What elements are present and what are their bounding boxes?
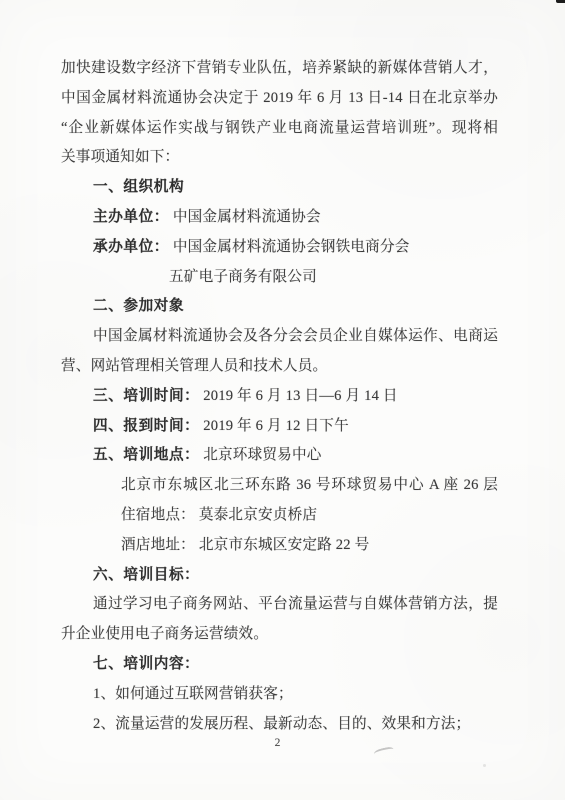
- line-text: 中国金属材料流通协会决定于 2019 年 6 月 13 日-14 日在北京举办: [61, 90, 498, 106]
- line-text: 关事项通知如下：: [61, 149, 179, 165]
- document-line: 中国金属材料流通协会及各分会会员企业自媒体运作、电商运: [61, 322, 498, 352]
- line-text: 北京环球贸易中心: [199, 447, 321, 463]
- line-label: 六、培训目标：: [93, 567, 199, 583]
- line-text: 1、如何通过互联网营销获客；: [93, 686, 293, 702]
- document-line: 2、流量运营的发展历程、最新动态、目的、效果和方法；: [61, 710, 498, 740]
- page-number: 2: [0, 737, 560, 749]
- document-content: 加快建设数字经济下营销专业队伍，培养紧缺的新媒体营销人才，中国金属材料流通协会决…: [61, 54, 498, 739]
- line-text: 2019 年 6 月 12 日下午: [199, 418, 349, 434]
- line-text: 2019 年 6 月 13 日—6 月 14 日: [199, 388, 397, 404]
- line-text: 营、网站管理相关管理人员和技术人员。: [61, 358, 327, 374]
- document-line: 五、培训地点： 北京环球贸易中心: [61, 441, 498, 471]
- line-text: 中国金属材料流通协会: [169, 209, 321, 225]
- document-line: 五矿电子商务有限公司: [61, 263, 498, 293]
- document-line: 主办单位： 中国金属材料流通协会: [61, 203, 498, 233]
- line-label: 一、组织机构: [93, 179, 184, 195]
- document-line: 一、组织机构: [61, 173, 498, 203]
- document-line: 加快建设数字经济下营销专业队伍，培养紧缺的新媒体营销人才，: [61, 54, 498, 84]
- line-text: 升企业使用电子商务运营绩效。: [61, 626, 268, 642]
- line-text: 住宿地点： 莫泰北京安贞桥店: [121, 507, 317, 523]
- line-label: 主办单位：: [93, 209, 169, 225]
- document-line: 通过学习电子商务网站、平台流量运营与自媒体营销方法，提: [61, 590, 498, 620]
- document-line: “企业新媒体运作实战与钢铁产业电商流量运营培训班”。现将相: [61, 114, 498, 144]
- document-line: 酒店地址： 北京市东城区安定路 22 号: [61, 531, 498, 561]
- line-text: 北京市东城区北三环东路 36 号环球贸易中心 A 座 26 层: [121, 477, 498, 493]
- line-text: 中国金属材料流通协会及各分会会员企业自媒体运作、电商运: [93, 328, 498, 344]
- document-line: 升企业使用电子商务运营绩效。: [61, 620, 498, 650]
- document-line: 住宿地点： 莫泰北京安贞桥店: [61, 501, 498, 531]
- document-line: 六、培训目标：: [61, 561, 498, 591]
- document-line: 关事项通知如下：: [61, 143, 498, 173]
- line-text: 中国金属材料流通协会钢铁电商分会: [169, 239, 410, 255]
- scan-speck: [483, 764, 486, 767]
- document-line: 营、网站管理相关管理人员和技术人员。: [61, 352, 498, 382]
- line-label: 二、参加对象: [93, 298, 184, 314]
- document-line: 四、报到时间： 2019 年 6 月 12 日下午: [61, 412, 498, 442]
- line-label: 五、培训地点：: [93, 447, 199, 463]
- document-line: 北京市东城区北三环东路 36 号环球贸易中心 A 座 26 层: [61, 471, 498, 501]
- document-line: 承办单位： 中国金属材料流通协会钢铁电商分会: [61, 233, 498, 263]
- line-text: 酒店地址： 北京市东城区安定路 22 号: [121, 537, 369, 553]
- scan-corner-mark: [556, 0, 565, 3]
- document-line: 1、如何通过互联网营销获客；: [61, 680, 498, 710]
- line-text: 加快建设数字经济下营销专业队伍，培养紧缺的新媒体营销人才，: [61, 60, 498, 76]
- line-text: 五矿电子商务有限公司: [169, 269, 317, 285]
- document-line: 三、培训时间： 2019 年 6 月 13 日—6 月 14 日: [61, 382, 498, 412]
- document-line: 中国金属材料流通协会决定于 2019 年 6 月 13 日-14 日在北京举办: [61, 84, 498, 114]
- document-line: 七、培训内容：: [61, 650, 498, 680]
- line-label: 三、培训时间：: [93, 388, 199, 404]
- line-label: 承办单位：: [93, 239, 169, 255]
- line-text: “企业新媒体运作实战与钢铁产业电商流量运营培训班”。现将相: [61, 120, 498, 136]
- document-page: 加快建设数字经济下营销专业队伍，培养紧缺的新媒体营销人才，中国金属材料流通协会决…: [0, 0, 565, 800]
- line-label: 七、培训内容：: [93, 656, 199, 672]
- line-label: 四、报到时间：: [93, 418, 199, 434]
- document-line: 二、参加对象: [61, 292, 498, 322]
- line-text: 2、流量运营的发展历程、最新动态、目的、效果和方法；: [93, 716, 470, 732]
- line-text: 通过学习电子商务网站、平台流量运营与自媒体营销方法，提: [93, 596, 498, 612]
